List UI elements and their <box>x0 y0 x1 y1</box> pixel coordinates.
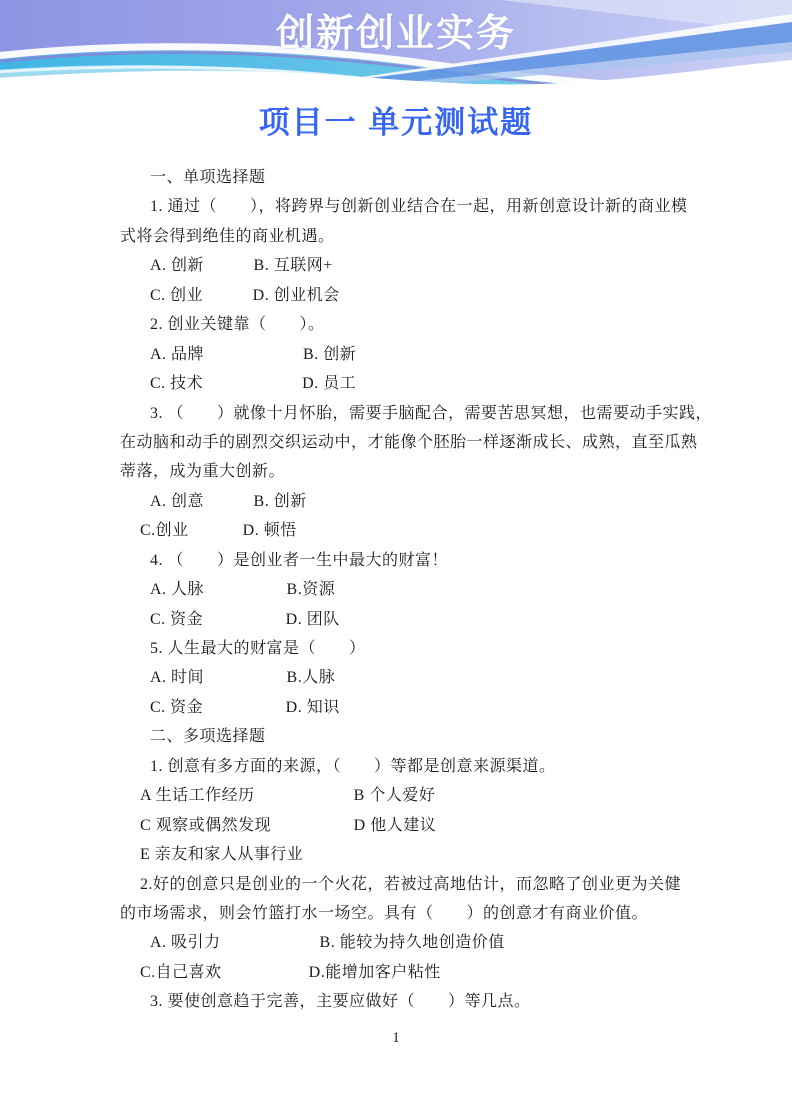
text-line: 3. （ ）就像十月怀胎，需要手脑配合，需要苦思冥想，也需要动手实践， <box>120 399 680 428</box>
document-body: 一、单项选择题1. 通过（ ），将跨界与创新创业结合在一起，用新创意设计新的商业… <box>120 163 680 1017</box>
text-line: 在动脑和动手的剧烈交织运动中，才能像个胚胎一样逐渐成长、成熟，直至瓜熟 <box>120 428 680 457</box>
text-line: 一、单项选择题 <box>120 163 680 192</box>
text-line: 的市场需求，则会竹篮打水一场空。具有（ ）的创意才有商业价值。 <box>120 899 680 928</box>
text-line: C 观察或偶然发现 D 他人建议 <box>120 811 680 840</box>
text-line: 1. 通过（ ），将跨界与创新创业结合在一起，用新创意设计新的商业模 <box>120 192 680 221</box>
text-line: 4. （ ）是创业者一生中最大的财富！ <box>120 546 680 575</box>
text-line: C.自己喜欢 D.能增加客户粘性 <box>120 958 680 987</box>
text-line: A 生话工作经历 B 个人爱好 <box>120 781 680 810</box>
text-line: 5. 人生最大的财富是（ ） <box>120 634 680 663</box>
text-line: A. 吸引力 B. 能较为持久地创造价值 <box>120 928 680 957</box>
text-line: A. 创新 B. 互联网+ <box>120 251 680 280</box>
text-line: 1. 创意有多方面的来源，（ ）等都是创意来源渠道。 <box>120 752 680 781</box>
text-line: 3. 要使创意趋于完善，主要应做好（ ）等几点。 <box>120 987 680 1016</box>
text-line: C. 创业 D. 创业机会 <box>120 281 680 310</box>
page-title: 项目一 单元测试题 <box>0 97 792 142</box>
text-line: A. 人脉 B.资源 <box>120 575 680 604</box>
course-title: 创新创业实务 <box>0 2 792 57</box>
text-line: C. 资金 D. 团队 <box>120 605 680 634</box>
text-line: A. 时间 B.人脉 <box>120 663 680 692</box>
document-header-banner: 创新创业实务 <box>0 0 792 86</box>
text-line: E 亲友和家人从事行业 <box>120 840 680 869</box>
document-page: 创新创业实务 项目一 单元测试题 一、单项选择题1. 通过（ ），将跨界与创新创… <box>0 0 792 1120</box>
page-number: 1 <box>0 1030 792 1047</box>
text-line: 2.好的创意只是创业的一个火花，若被过高地估计，而忽略了创业更为关健 <box>120 870 680 899</box>
text-line: 蒂落，成为重大创新。 <box>120 457 680 486</box>
text-line: C.创业 D. 顿悟 <box>120 516 680 545</box>
text-line: A. 创意 B. 创新 <box>120 487 680 516</box>
text-line: 式将会得到绝佳的商业机遇。 <box>120 222 680 251</box>
text-line: C. 资金 D. 知识 <box>120 693 680 722</box>
text-line: 2. 创业关键靠（ ）。 <box>120 310 680 339</box>
text-line: A. 品牌 B. 创新 <box>120 340 680 369</box>
text-line: 二、多项选择题 <box>120 722 680 751</box>
text-line: C. 技术 D. 员工 <box>120 369 680 398</box>
